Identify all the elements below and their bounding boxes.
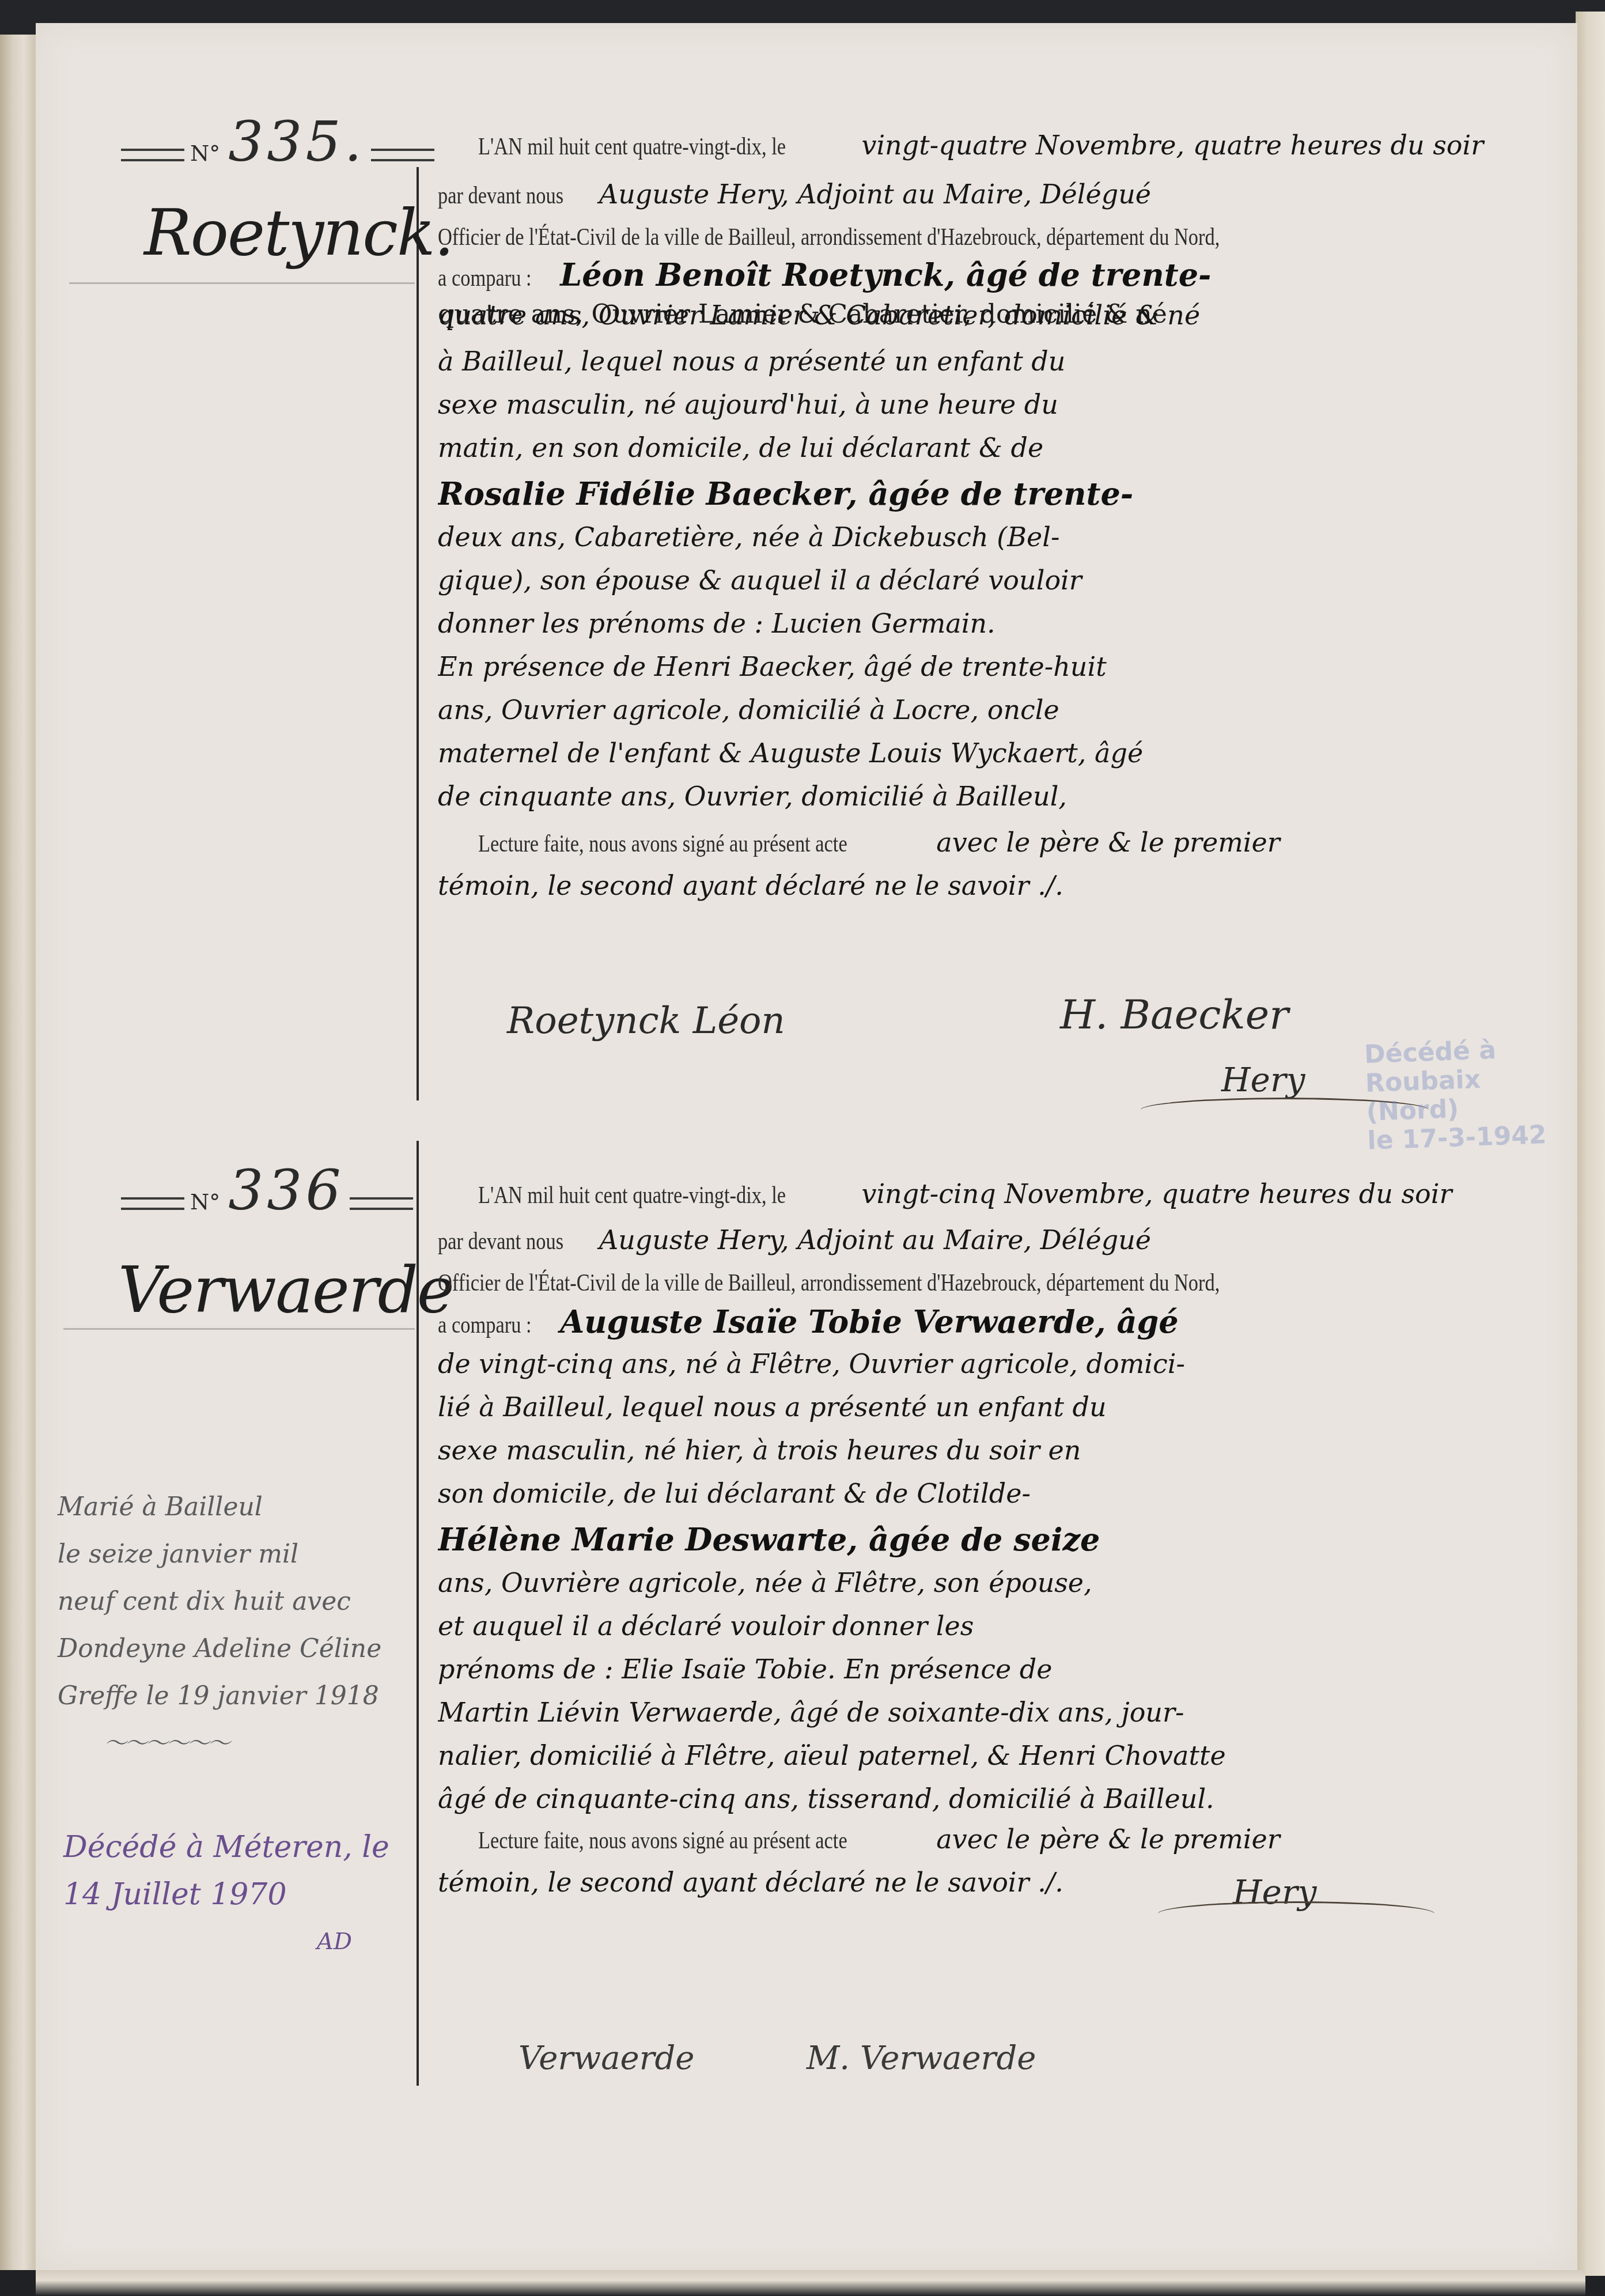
double-rule bbox=[371, 149, 434, 161]
handwritten-text: Auguste Hery, Adjoint au Maire, Délégué bbox=[599, 1224, 1151, 1255]
handwritten-line: prénoms de : Elie Isaïe Tobie. En présen… bbox=[438, 1654, 1544, 1685]
printed-text: L'AN mil huit cent quatre-vingt-dix, le bbox=[478, 133, 786, 161]
handwritten-line: Hélène Marie Deswarte, âgée de seize bbox=[438, 1521, 1544, 1558]
handwritten-line: donner les prénoms de : Lucien Germain. bbox=[438, 608, 1544, 639]
clerk-initials: AD bbox=[317, 1918, 389, 1965]
body-line: Lecture faite, nous avons signé au prése… bbox=[438, 1824, 1544, 1855]
body-line: Lecture faite, nous avons signé au prése… bbox=[438, 827, 1544, 858]
handwritten-line: à Bailleul, lequel nous a présenté un en… bbox=[438, 346, 1544, 377]
handwritten-line: témoin, le second ayant déclaré ne le sa… bbox=[438, 1867, 1544, 1898]
handwritten-line: deux ans, Cabaretière, née à Dickebusch … bbox=[438, 521, 1544, 553]
stamp-line: Roubaix (Nord) bbox=[1365, 1062, 1562, 1127]
handwritten-line: ans, Ouvrier agricole, domicilié à Locre… bbox=[438, 694, 1544, 725]
number-value: 336 bbox=[228, 1158, 344, 1223]
handwritten-line: ans, Ouvrière agricole, née à Flêtre, so… bbox=[438, 1567, 1544, 1598]
double-rule bbox=[350, 1197, 413, 1210]
signature-officer: Hery bbox=[1221, 1060, 1305, 1099]
number-label: N° bbox=[190, 1189, 220, 1215]
margin-surname: Verwaerde bbox=[118, 1253, 453, 1327]
printed-text: Officier de l'État-Civil de la ville de … bbox=[438, 1269, 1220, 1297]
handwritten-text: avec le père & le premier bbox=[936, 827, 1280, 858]
body-line: a comparu : Léon Benoît Roetynck, âgé de… bbox=[438, 256, 1544, 293]
handwritten-text: Léon Benoît Roetynck, âgé de trente- bbox=[560, 256, 1211, 293]
body-line: Officier de l'État-Civil de la ville de … bbox=[438, 222, 1544, 251]
signature-witness: H. Baecker bbox=[1060, 991, 1289, 1038]
surname-underline bbox=[63, 1328, 415, 1330]
margin-surname: Roetynck. bbox=[144, 196, 453, 270]
handwritten-line: témoin, le second ayant déclaré ne le sa… bbox=[438, 870, 1544, 901]
handwritten-line: Martin Liévin Verwaerde, âgé de soixante… bbox=[438, 1697, 1544, 1728]
note-line: Greffe le 19 janvier 1918 bbox=[58, 1673, 381, 1720]
note-line: Marié à Bailleul bbox=[58, 1484, 381, 1531]
printed-text: a comparu : bbox=[438, 1311, 532, 1339]
entry-number: N°335. bbox=[115, 109, 440, 174]
margin-note-marriage: Marié à Bailleul le seize janvier mil ne… bbox=[58, 1484, 381, 1767]
printed-text: par devant nous bbox=[438, 182, 563, 210]
body-line: par devant nous Auguste Hery, Adjoint au… bbox=[438, 1224, 1544, 1255]
handwritten-line: maternel de l'enfant & Auguste Louis Wyc… bbox=[438, 737, 1544, 769]
handwritten-line: son domicile, de lui déclarant & de Clot… bbox=[438, 1478, 1544, 1509]
signature-father: Verwaerde bbox=[518, 2040, 694, 2077]
page-stack-right-edge bbox=[1576, 12, 1605, 2276]
body-line: Officier de l'État-Civil de la ville de … bbox=[438, 1268, 1544, 1297]
handwritten-text: vingt-cinq Novembre, quatre heures du so… bbox=[861, 1178, 1452, 1209]
note-line: Décédé à Méteren, le bbox=[63, 1824, 389, 1871]
column-divider-335 bbox=[417, 167, 419, 1100]
surname-underline bbox=[69, 282, 415, 284]
printed-text: Officier de l'État-Civil de la ville de … bbox=[438, 224, 1220, 251]
handwritten-text: vingt-quatre Novembre, quatre heures du … bbox=[861, 130, 1483, 161]
body-line: a comparu : Auguste Isaïe Tobie Verwaerd… bbox=[438, 1303, 1544, 1340]
printed-text: a comparu : bbox=[438, 264, 532, 292]
printed-text: par devant nous bbox=[438, 1228, 563, 1255]
double-rule bbox=[121, 1197, 184, 1210]
note-line: neuf cent dix huit avec bbox=[58, 1578, 381, 1625]
number-value: 335. bbox=[228, 109, 365, 174]
handwritten-line: de cinquante ans, Ouvrier, domicilié à B… bbox=[438, 781, 1544, 812]
handwritten-line: Rosalie Fidélie Baecker, âgée de trente- bbox=[438, 475, 1544, 512]
handwritten-line: lié à Bailleul, lequel nous a présenté u… bbox=[438, 1391, 1544, 1423]
handwritten-line: gique), son épouse & auquel il a déclaré… bbox=[438, 565, 1544, 596]
entry-number: N°336 bbox=[115, 1158, 419, 1223]
handwritten-text: avec le père & le premier bbox=[936, 1824, 1280, 1855]
signature-father: Roetynck Léon bbox=[507, 1000, 785, 1042]
handwritten-line: sexe masculin, né hier, à trois heures d… bbox=[438, 1435, 1544, 1466]
note-line: Dondeyne Adeline Céline bbox=[58, 1625, 381, 1673]
handwritten-line: sexe masculin, né aujourd'hui, à une heu… bbox=[438, 389, 1544, 420]
blue-ink-stamp: Décédé à Roubaix (Nord) le 17-3-1942 bbox=[1364, 1034, 1562, 1127]
printed-text: Lecture faite, nous avons signé au prése… bbox=[478, 1827, 847, 1855]
note-line: le seize janvier mil bbox=[58, 1531, 381, 1578]
handwritten-line: et auquel il a déclaré vouloir donner le… bbox=[438, 1610, 1544, 1641]
body-line: par devant nous Auguste Hery, Adjoint au… bbox=[438, 179, 1544, 210]
body-line: L'AN mil huit cent quatre-vingt-dix, le … bbox=[438, 130, 1544, 161]
handwritten-text: Auguste Isaïe Tobie Verwaerde, âgé bbox=[560, 1303, 1178, 1340]
handwritten-line: quatre ans, Ouvrier Lamier & Cabaretier,… bbox=[438, 300, 1544, 331]
signature-flourish bbox=[1158, 1901, 1434, 1926]
double-rule bbox=[121, 149, 184, 161]
handwritten-line: âgé de cinquante-cinq ans, tisserand, do… bbox=[438, 1783, 1544, 1814]
handwritten-line: nalier, domicilié à Flêtre, aïeul patern… bbox=[438, 1740, 1544, 1771]
handwritten-text: Auguste Hery, Adjoint au Maire, Délégué bbox=[599, 179, 1151, 210]
note-line: 14 Juillet 1970 bbox=[63, 1871, 389, 1918]
page-bottom-edge bbox=[36, 2270, 1585, 2296]
margin-note-death: Décédé à Méteren, le 14 Juillet 1970 AD bbox=[63, 1824, 389, 1965]
handwritten-line: En présence de Henri Baecker, âgé de tre… bbox=[438, 651, 1544, 682]
printed-text: Lecture faite, nous avons signé au prése… bbox=[478, 830, 847, 858]
signature-witness: M. Verwaerde bbox=[807, 2040, 1036, 2077]
handwritten-line: matin, en son domicile, de lui déclarant… bbox=[438, 432, 1544, 463]
number-label: N° bbox=[190, 141, 220, 166]
handwritten-line: de vingt-cinq ans, né à Flêtre, Ouvrier … bbox=[438, 1348, 1544, 1379]
body-line: L'AN mil huit cent quatre-vingt-dix, le … bbox=[438, 1178, 1544, 1209]
clerk-signature: 〜〜〜〜〜〜 bbox=[104, 1720, 381, 1767]
printed-text: L'AN mil huit cent quatre-vingt-dix, le bbox=[478, 1182, 786, 1209]
